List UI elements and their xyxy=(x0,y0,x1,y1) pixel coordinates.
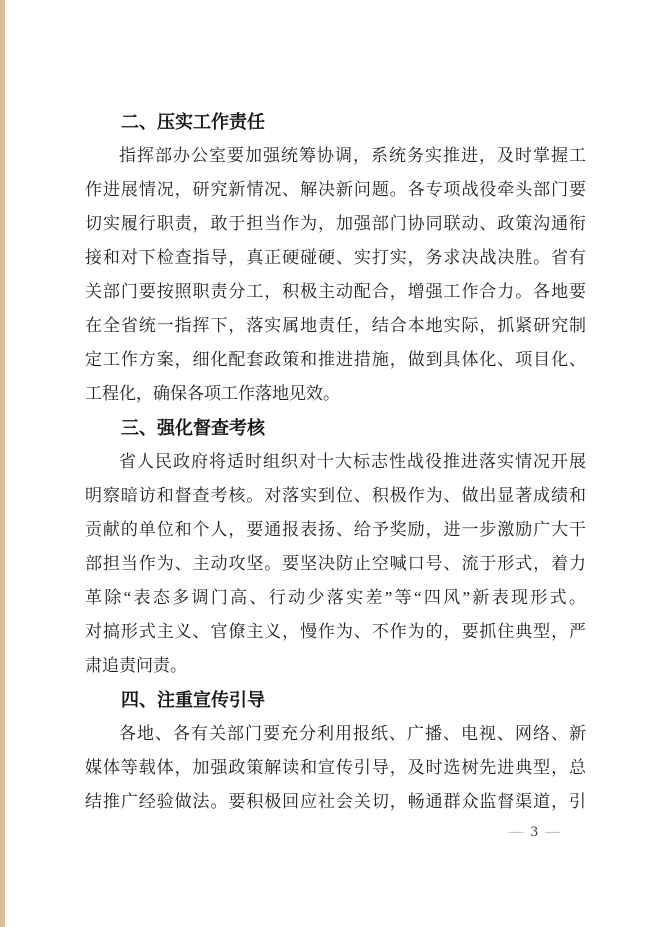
text-line: 关部门要按照职责分工，积极主动配合，增强工作合力。各地要 xyxy=(85,275,586,309)
scan-edge-strip xyxy=(0,0,5,927)
text-line: 指挥部办公室要加强统筹协调，系统务实推进，及时掌握工 xyxy=(85,139,586,173)
text-line: 接和对下检查指导，真正硬碰硬、实打实，务求决战决胜。省有 xyxy=(85,241,586,275)
footer-dash-left: — xyxy=(509,824,524,840)
text-line: 部担当作为、主动攻坚。要坚决防止空喊口号、流于形式，着力 xyxy=(85,547,586,581)
page-number: —3— xyxy=(509,822,561,842)
text-line: 切实履行职责，敢于担当作为，加强部门协同联动、政策沟通衔 xyxy=(85,207,586,241)
section-heading: 四、注重宣传引导 xyxy=(85,683,586,717)
footer-page-number: 3 xyxy=(531,824,539,840)
text-line: 明察暗访和督查考核。对落实到位、积极作为、做出显著成绩和 xyxy=(85,479,586,513)
text-line: 肃追责问责。 xyxy=(85,649,586,683)
text-line: 革除“表态多调门高、行动少落实差”等“四风”新表现形式。 xyxy=(85,581,586,615)
text-line: 工程化，确保各项工作落地见效。 xyxy=(85,377,586,411)
section-heading: 三、强化督查考核 xyxy=(85,411,586,445)
text-line: 对搞形式主义、官僚主义，慢作为、不作为的，要抓住典型，严 xyxy=(85,615,586,649)
section-4: 四、注重宣传引导 各地、各有关部门要充分利用报纸、广播、电视、网络、新 媒体等载… xyxy=(85,683,586,819)
text-line: 定工作方案，细化配套政策和推进措施，做到具体化、项目化、 xyxy=(85,343,586,377)
text-line: 省人民政府将适时组织对十大标志性战役推进落实情况开展 xyxy=(85,445,586,479)
section-3: 三、强化督查考核 省人民政府将适时组织对十大标志性战役推进落实情况开展 明察暗访… xyxy=(85,411,586,683)
section-heading: 二、压实工作责任 xyxy=(85,105,586,139)
text-line: 各地、各有关部门要充分利用报纸、广播、电视、网络、新 xyxy=(85,717,586,751)
text-line: 媒体等载体，加强政策解读和宣传引导，及时选树先进典型，总 xyxy=(85,751,586,785)
document-page: 二、压实工作责任 指挥部办公室要加强统筹协调，系统务实推进，及时掌握工 作进展情… xyxy=(85,105,586,819)
text-line: 贡献的单位和个人，要通报表扬、给予奖励，进一步激励广大干 xyxy=(85,513,586,547)
text-line: 作进展情况，研究新情况、解决新问题。各专项战役牵头部门要 xyxy=(85,173,586,207)
text-line: 结推广经验做法。要积极回应社会关切，畅通群众监督渠道，引 xyxy=(85,785,586,819)
footer-dash-right: — xyxy=(545,824,560,840)
text-line: 在全省统一指挥下，落实属地责任，结合本地实际，抓紧研究制 xyxy=(85,309,586,343)
section-2: 二、压实工作责任 指挥部办公室要加强统筹协调，系统务实推进，及时掌握工 作进展情… xyxy=(85,105,586,411)
